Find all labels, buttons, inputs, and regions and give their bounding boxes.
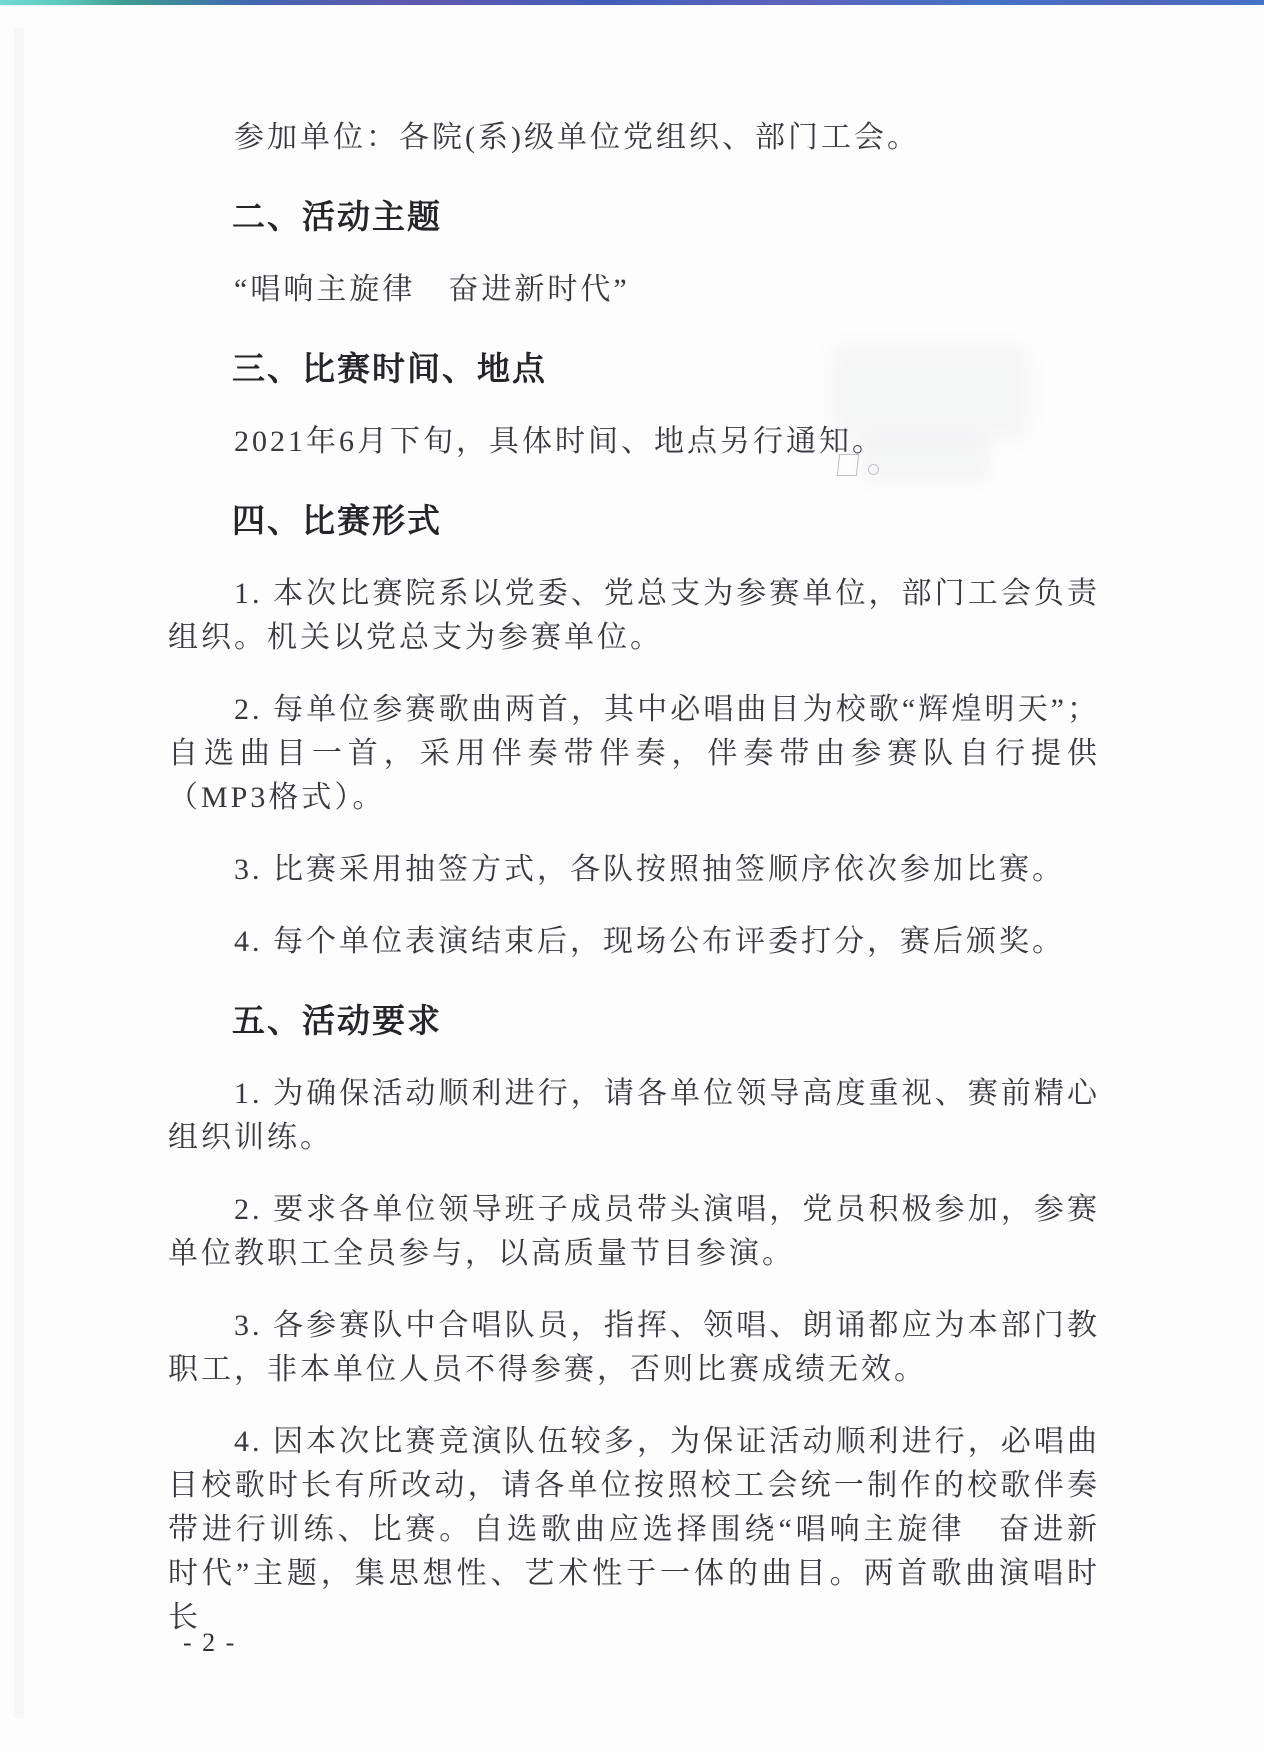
paragraph-format-item-1: 1. 本次比赛院系以党委、党总支为参赛单位，部门工会负责组织。机关以党总支为参赛… <box>168 572 1100 660</box>
paragraph-format-item-3: 3. 比赛采用抽签方式，各队按照抽签顺序依次参加比赛。 <box>168 848 1100 892</box>
paragraph-requirement-item-2: 2. 要求各单位领导班子成员带头演唱，党员积极参加，参赛单位教职工全员参与，以高… <box>168 1188 1100 1276</box>
paragraph-format-item-2: 2. 每单位参赛歌曲两首，其中必唱曲目为校歌“辉煌明天”；自选曲目一首，采用伴奏… <box>168 688 1100 820</box>
scanned-document-page: 参加单位：各院(系)级单位党组织、部门工会。 二、活动主题 “唱响主旋律 奋进新… <box>0 0 1264 1752</box>
paragraph-time-location: 2021年6月下旬，具体时间、地点另行通知。 <box>168 420 1100 464</box>
document-body: 参加单位：各院(系)级单位党组织、部门工会。 二、活动主题 “唱响主旋律 奋进新… <box>168 116 1100 1640</box>
scan-left-shading <box>14 28 24 1718</box>
paragraph-requirement-item-1: 1. 为确保活动顺利进行，请各单位领导高度重视、赛前精心组织训练。 <box>168 1072 1100 1160</box>
heading-section-2-activity-theme: 二、活动主题 <box>168 193 1100 240</box>
scan-edge-color-strip <box>0 0 1264 5</box>
paragraph-participating-units: 参加单位：各院(系)级单位党组织、部门工会。 <box>168 116 1100 160</box>
paragraph-format-item-4: 4. 每个单位表演结束后，现场公布评委打分，赛后颁奖。 <box>168 920 1100 964</box>
heading-section-4-competition-format: 四、比赛形式 <box>168 497 1100 544</box>
heading-section-3-time-location: 三、比赛时间、地点 <box>168 345 1100 392</box>
paragraph-theme-slogan: “唱响主旋律 奋进新时代” <box>168 268 1100 312</box>
paragraph-requirement-item-4: 4. 因本次比赛竞演队伍较多，为保证活动顺利进行，必唱曲目校歌时长有所改动，请各… <box>168 1420 1100 1640</box>
page-number: - 2 - <box>183 1628 236 1658</box>
heading-section-5-activity-requirements: 五、活动要求 <box>168 997 1100 1044</box>
paragraph-requirement-item-3: 3. 各参赛队中合唱队员，指挥、领唱、朗诵都应为本部门教职工，非本单位人员不得参… <box>168 1304 1100 1392</box>
